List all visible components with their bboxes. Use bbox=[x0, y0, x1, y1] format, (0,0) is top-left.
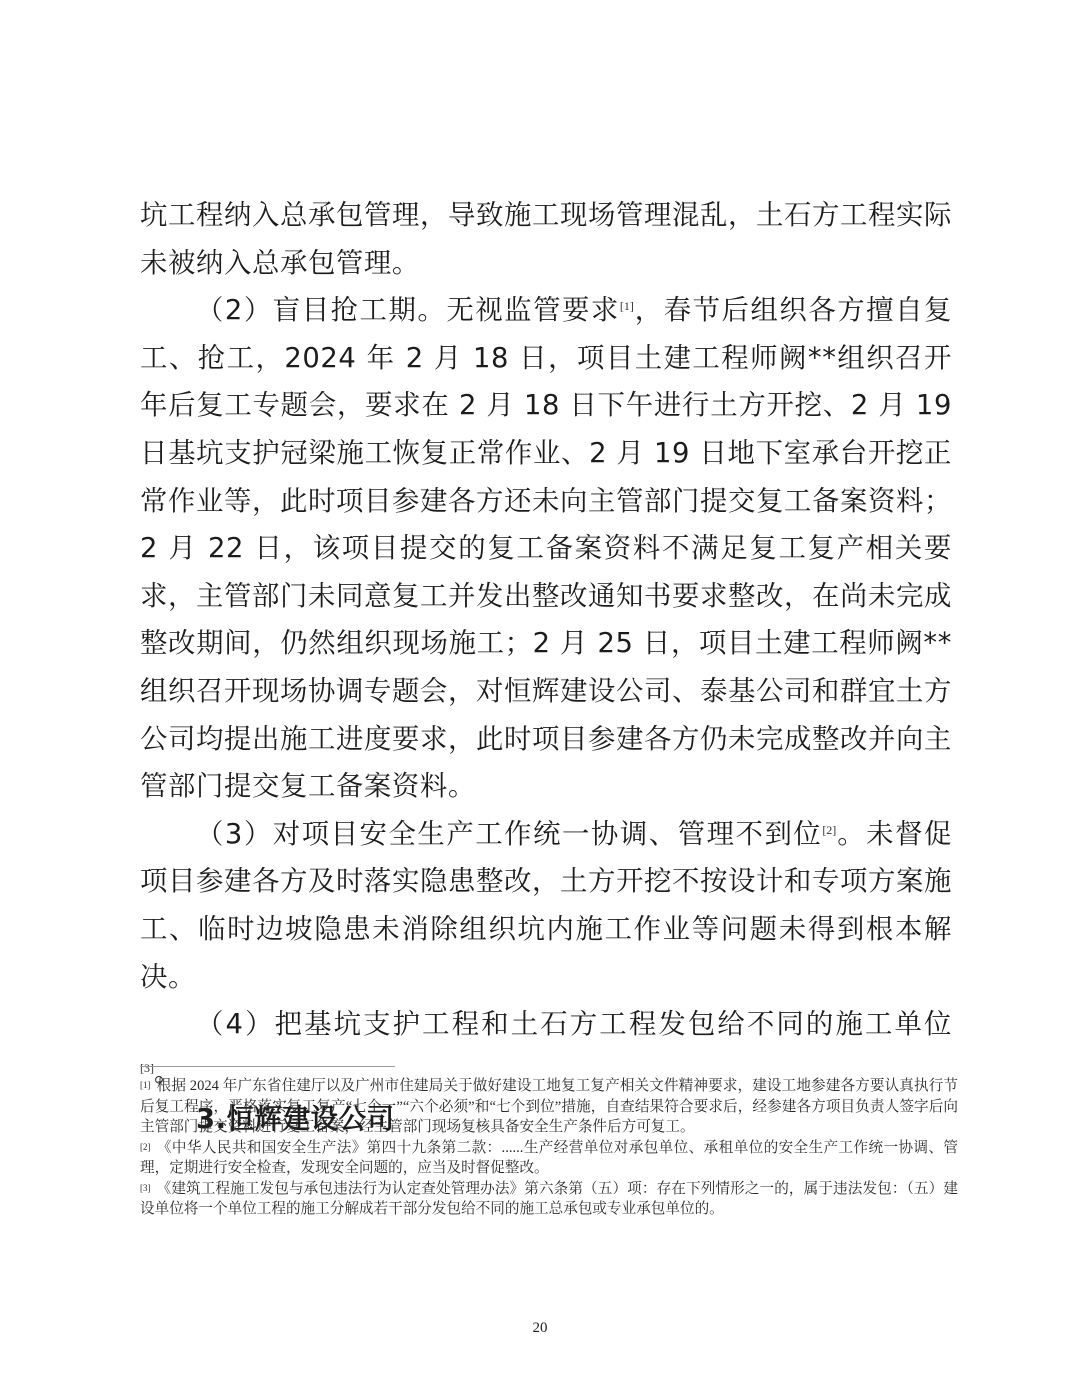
paragraph-item-2: （2）盲目抢工期。无视监管要求[1]，春节后组织各方擅自复工、抢工，2024 年… bbox=[140, 287, 952, 811]
paragraph-lead: （3）对项目安全生产工作统一协调、管理不到位 bbox=[196, 819, 822, 850]
footnote-text: 《中华人民共和国安全生产法》第四十九条第二款：......生产经营单位对承包单位… bbox=[140, 1140, 958, 1177]
footnote-ref-2[interactable]: [2] bbox=[822, 823, 836, 837]
footnote-1: [1]根据 2024 年广东省住建厅以及广州市住建局关于做好建设工地复工复产相关… bbox=[140, 1076, 958, 1138]
footnote-marker: [1] bbox=[140, 1080, 151, 1090]
page-number: 20 bbox=[0, 1320, 1080, 1337]
footnotes: [1]根据 2024 年广东省住建厅以及广州市住建局关于做好建设工地复工复产相关… bbox=[140, 1076, 958, 1220]
paragraph-text: 坑工程纳入总承包管理，导致施工现场管理混乱，土石方工程实际未被纳入总承包管理。 bbox=[140, 200, 952, 279]
paragraph-continuation: 坑工程纳入总承包管理，导致施工现场管理混乱，土石方工程实际未被纳入总承包管理。 bbox=[140, 192, 952, 287]
document-page: 坑工程纳入总承包管理，导致施工现场管理混乱，土石方工程实际未被纳入总承包管理。 … bbox=[0, 0, 1080, 1398]
footnote-ref-1[interactable]: [1] bbox=[620, 299, 634, 313]
footnote-3: [3]《建筑工程施工发包与承包违法行为认定查处管理办法》第六条第（五）项：存在下… bbox=[140, 1179, 958, 1220]
paragraph-item-3: （3）对项目安全生产工作统一协调、管理不到位[2]。未督促项目参建各方及时落实隐… bbox=[140, 811, 952, 1001]
paragraph-lead: （4）把基坑支护工程和土石方工程发包给不同的施工单位 bbox=[196, 1009, 952, 1040]
footnote-ref-3[interactable]: [3] bbox=[140, 1061, 154, 1075]
footnote-marker: [3] bbox=[140, 1183, 151, 1193]
footnote-2: [2]《中华人民共和国安全生产法》第四十九条第二款：......生产经营单位对承… bbox=[140, 1138, 958, 1179]
footnote-text: 根据 2024 年广东省住建厅以及广州市住建局关于做好建设工地复工复产相关文件精… bbox=[140, 1078, 958, 1135]
footnote-separator bbox=[140, 1066, 395, 1067]
paragraph-rest: ，春节后组织各方擅自复工、抢工，2024 年 2 月 18 日，项目土建工程师阙… bbox=[140, 295, 952, 802]
footnote-text: 《建筑工程施工发包与承包违法行为认定查处管理办法》第六条第（五）项：存在下列情形… bbox=[140, 1181, 958, 1218]
paragraph-lead: （2）盲目抢工期。无视监管要求 bbox=[196, 295, 620, 326]
footnote-marker: [2] bbox=[140, 1142, 151, 1152]
body-text: 坑工程纳入总承包管理，导致施工现场管理混乱，土石方工程实际未被纳入总承包管理。 … bbox=[140, 192, 952, 1144]
